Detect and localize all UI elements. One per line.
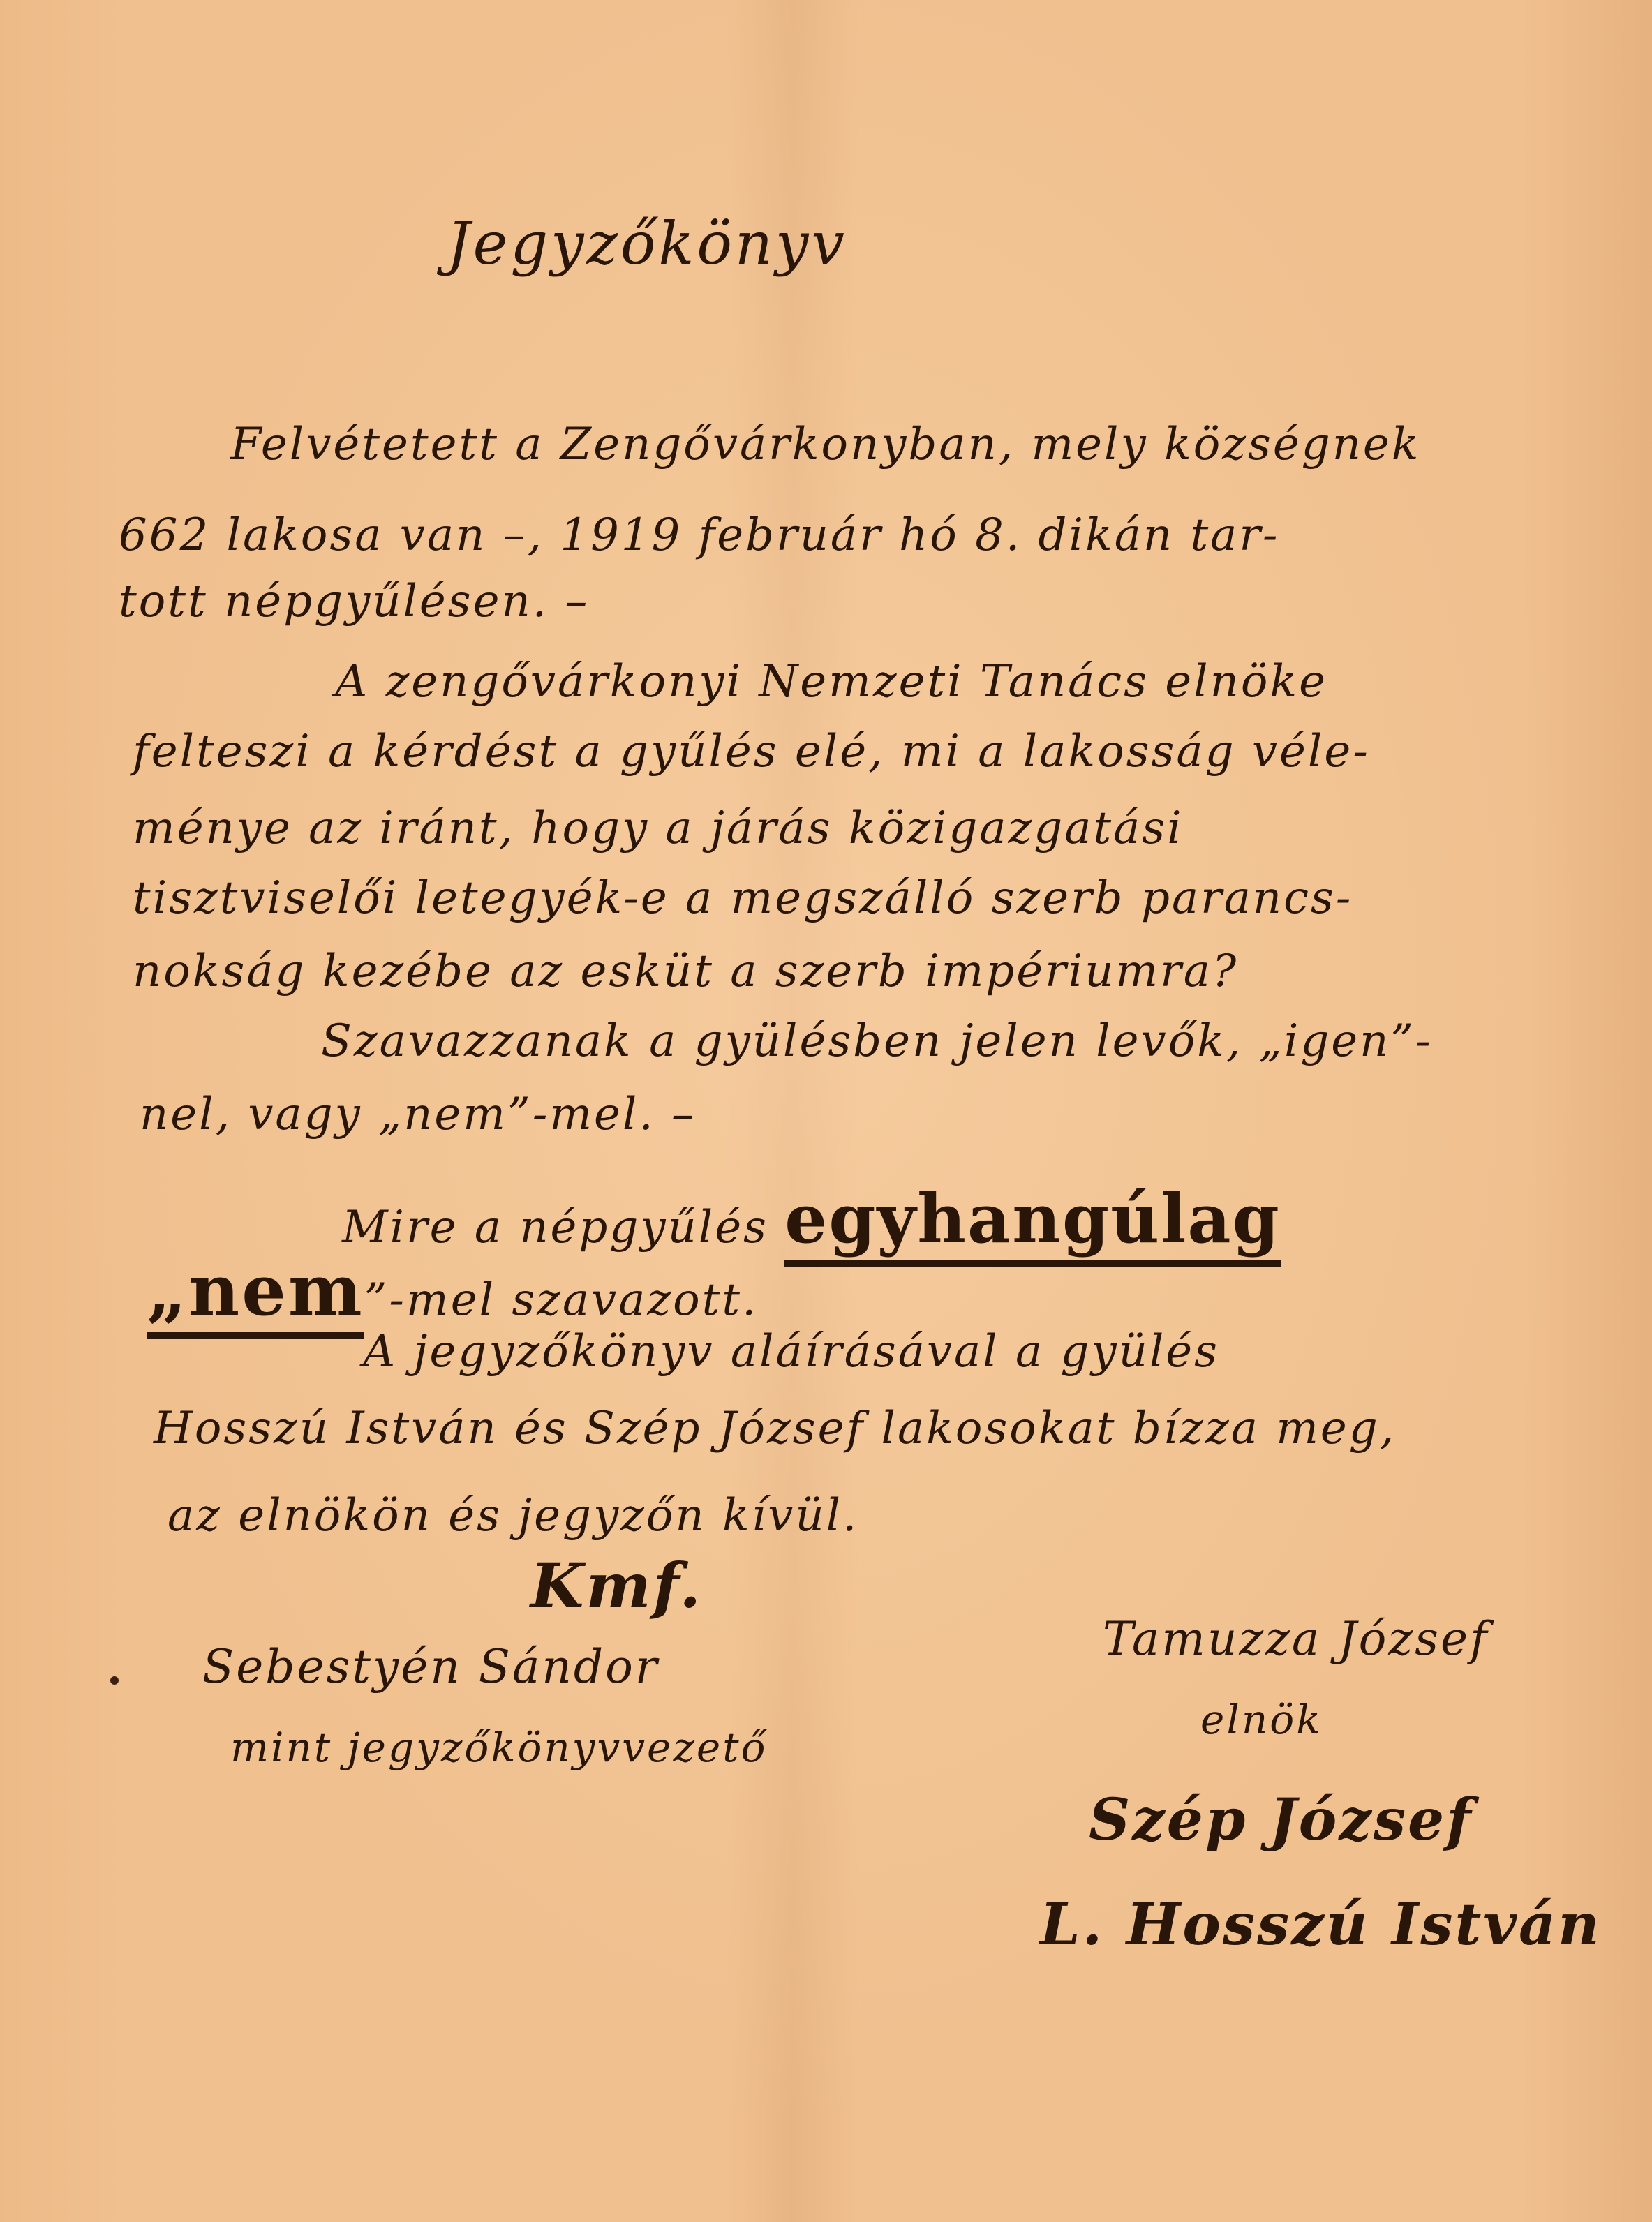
paragraph-3-line-1: Szavazzanak a gyülésben jelen levők, „ig… <box>321 1015 1433 1067</box>
signature-szep-jozsef: Szép József <box>1089 1787 1473 1854</box>
paragraph-3-line-2: nel, vagy „nem”-mel. – <box>140 1089 696 1140</box>
paragraph-2-line-5: nokság kezébe az esküt a szerb impériumr… <box>133 946 1238 997</box>
signature-chairman-role: elnök <box>1200 1696 1323 1743</box>
emphasis-unanimously: egyhangúlag <box>784 1179 1281 1267</box>
paragraph-2-line-1: A zengővárkonyi Nemzeti Tanács elnöke <box>335 656 1327 708</box>
paragraph-4-suffix: ”-mel szavazott. <box>364 1274 759 1326</box>
paragraph-4-line-2: „nem”-mel szavazott. <box>147 1249 758 1332</box>
emphasis-no: „nem <box>147 1249 364 1339</box>
paragraph-4-prefix: Mire a népgyűlés <box>342 1202 768 1253</box>
signature-hosszu-istvan: L. Hosszú István <box>1040 1891 1602 1958</box>
paragraph-5-line-1: A jegyzőkönyv aláírásával a gyülés <box>363 1326 1219 1378</box>
paragraph-5-line-3: az elnökön és jegyzőn kívül. <box>168 1490 858 1542</box>
paragraph-4-line-1: Mire a népgyűlés egyhangúlag <box>342 1179 1281 1258</box>
signature-recorder-role: mint jegyzőkönyvvezető <box>230 1724 767 1771</box>
document-title: Jegyzőkönyv <box>447 209 847 278</box>
ink-dot <box>110 1676 119 1685</box>
closing-kmf: Kmf. <box>530 1549 703 1622</box>
paragraph-2-line-4: tisztviselői letegyék-e a megszálló szer… <box>133 872 1353 924</box>
paragraph-1-line-1: Felvétetett a Zengővárkonyban, mely közs… <box>230 419 1421 470</box>
document-page: Jegyzőkönyv Felvétetett a Zengővárkonyba… <box>0 0 1652 2222</box>
signature-recorder-name: Sebestyén Sándor <box>202 1640 659 1694</box>
signature-chairman-name: Tamuzza József <box>1103 1612 1489 1666</box>
paragraph-2-line-3: ménye az iránt, hogy a járás közigazgatá… <box>133 803 1184 854</box>
paragraph-1-line-2: 662 lakosa van –, 1919 február hó 8. dik… <box>119 509 1280 561</box>
paragraph-5-line-2: Hosszú István és Szép József lakosokat b… <box>154 1403 1396 1454</box>
paragraph-1-line-3: tott népgyűlésen. – <box>119 576 589 627</box>
paragraph-2-line-2: felteszi a kérdést a gyűlés elé, mi a la… <box>133 726 1370 777</box>
